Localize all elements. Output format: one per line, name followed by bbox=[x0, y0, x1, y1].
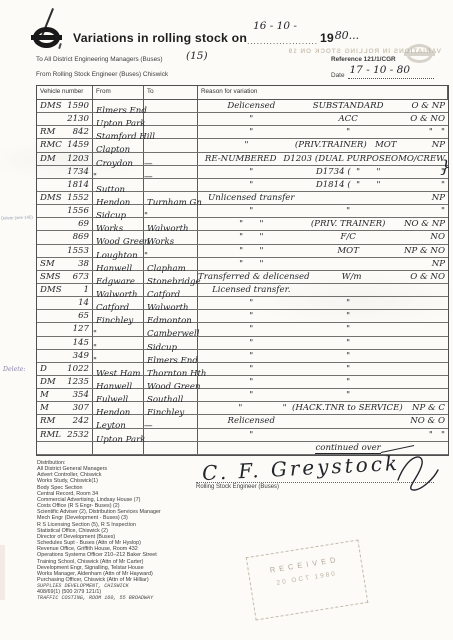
table-row: 65FinchleyEdmonton"" bbox=[37, 310, 448, 323]
vehicle-number: 1553 bbox=[67, 245, 92, 257]
reason-code: O & NP bbox=[392, 100, 448, 112]
to-garage-cell: — bbox=[144, 166, 198, 178]
table-row: RM842Stamford Hill""" " bbox=[37, 126, 448, 139]
vehicle-number: 1556 bbox=[67, 205, 92, 217]
edge-smudge bbox=[0, 545, 5, 600]
reason-main: " bbox=[198, 350, 305, 362]
vehicle-number: 1235 bbox=[67, 376, 92, 388]
reason-cell: """ bbox=[198, 205, 448, 217]
reason-cell: """ " bbox=[198, 126, 448, 138]
vehicle-number-cell: 145 bbox=[37, 337, 93, 349]
vehicle-class-prefix bbox=[37, 337, 40, 349]
to-garage-cell bbox=[144, 179, 198, 191]
vehicle-number: 2532 bbox=[67, 429, 92, 441]
reason-code: NP bbox=[397, 139, 448, 151]
to-garage-cell: Walworth bbox=[144, 297, 198, 309]
reason-main: " bbox=[198, 389, 305, 401]
vehicle-class-prefix bbox=[37, 442, 40, 454]
vehicle-number: 1022 bbox=[67, 363, 92, 375]
reason-detail: " bbox=[305, 205, 392, 217]
vehicle-number-cell: DMS1552 bbox=[37, 192, 93, 204]
vehicle-number-cell: DM1235 bbox=[37, 376, 93, 388]
to-garage-cell: Sidcup bbox=[144, 337, 198, 349]
to-garage-cell: Elmers End bbox=[144, 350, 198, 362]
reason-cell: "" bbox=[198, 323, 448, 335]
vehicle-class-prefix: DM bbox=[37, 376, 56, 388]
vehicle-number-cell: SM38 bbox=[37, 258, 93, 270]
vehicle-number-cell: 349 bbox=[37, 350, 93, 362]
from-garage-cell: Upton Park bbox=[93, 113, 144, 125]
vehicle-class-prefix: DM bbox=[37, 153, 56, 165]
table-row: 1556Sidcup"""" bbox=[37, 205, 448, 218]
reason-cell: RelicensedNO & O bbox=[198, 415, 448, 427]
reason-code: " bbox=[392, 205, 448, 217]
reason-main: " bbox=[198, 323, 305, 335]
vehicle-class-prefix: RM bbox=[37, 415, 55, 427]
reason-code: NP bbox=[392, 258, 448, 270]
vehicle-number-cell: M354 bbox=[37, 389, 93, 401]
table-row: 127"Camberwell"" bbox=[37, 323, 448, 336]
vehicle-number-cell: RMC1459 bbox=[37, 139, 93, 151]
table-row: DMS1WalworthCatfordLicensed transfer. bbox=[37, 284, 448, 297]
from-garage-cell: " bbox=[93, 166, 144, 178]
handwritten-brace: } bbox=[440, 157, 451, 177]
from-garage-cell: Hanwell bbox=[93, 258, 144, 270]
reason-code: NO bbox=[392, 231, 448, 243]
table-row: M354FulwellSouthall"" bbox=[37, 389, 448, 402]
table-rows: DMS1590Elmers EndDelicensedSUBSTANDARDO … bbox=[37, 100, 448, 455]
form-title-row: Variations in rolling stock on .........… bbox=[33, 27, 359, 48]
signature-block: C. F. Greystock Rolling Stock Engineer (… bbox=[196, 452, 446, 490]
to-garage-cell: Catford bbox=[144, 284, 198, 296]
vehicle-class-prefix: DMS bbox=[37, 100, 62, 112]
table-row: DM1235HanwellWood Green"" bbox=[37, 376, 448, 389]
reason-cell: "D1814 ( " "" bbox=[198, 179, 448, 191]
vehicle-class-prefix: SMS bbox=[37, 271, 61, 283]
reason-cell: RE-NUMBEREDD1203 (DUAL PURPOSEOMO/CREW bbox=[198, 153, 448, 165]
reason-code bbox=[392, 376, 448, 388]
vehicle-number: 242 bbox=[73, 415, 92, 427]
reason-code: NP bbox=[392, 192, 448, 204]
from-garage-cell: West Ham bbox=[93, 363, 144, 375]
reason-main: " bbox=[198, 113, 305, 125]
vehicle-number: 1590 bbox=[67, 100, 92, 112]
vehicle-number: 673 bbox=[73, 271, 92, 283]
table-row: DMS1590Elmers EndDelicensedSUBSTANDARDO … bbox=[37, 100, 448, 113]
to-garage-cell: — bbox=[144, 415, 198, 427]
reason-detail: " bbox=[305, 126, 392, 138]
reason-cell: Licensed transfer. bbox=[198, 284, 448, 296]
reason-cell: "" " bbox=[198, 429, 448, 441]
reason-main: Delicensed bbox=[198, 100, 305, 112]
table-row: DM1203Croydon—RE-NUMBEREDD1203 (DUAL PUR… bbox=[37, 153, 448, 166]
to-garage-cell: — bbox=[144, 153, 198, 165]
reason-cell: " "F/CNO bbox=[198, 231, 448, 243]
to-garage-cell: Wood Green bbox=[144, 376, 198, 388]
date-line: Date 17 - 10 - 80 bbox=[331, 66, 434, 79]
vehicle-number-cell: 1734 bbox=[37, 166, 93, 178]
reason-code bbox=[392, 284, 448, 296]
from-garage-cell: " bbox=[93, 350, 144, 362]
from-garage-cell: Works bbox=[93, 218, 144, 230]
vehicle-number-cell: SMS673 bbox=[37, 271, 93, 283]
handwritten-date: 16 - 10 - bbox=[253, 20, 297, 32]
reason-detail bbox=[305, 192, 392, 204]
reason-code bbox=[392, 363, 448, 375]
vehicle-number-cell: 127 bbox=[37, 323, 93, 335]
from-garage-cell: Hendon bbox=[93, 402, 144, 414]
vehicle-class-prefix bbox=[37, 218, 40, 230]
to-garage-cell: Southall bbox=[144, 389, 198, 401]
reason-main: " " bbox=[198, 218, 305, 230]
reason-detail: " bbox=[305, 297, 392, 309]
reason-main: Relicensed bbox=[198, 415, 305, 427]
from-garage-cell: Croydon bbox=[93, 153, 144, 165]
reason-cell: "" (HACK.TNR to SERVICE)NP & C bbox=[198, 402, 448, 414]
table-header-row: Vehicle number From To Reason for variat… bbox=[37, 86, 448, 100]
vehicle-number-cell: DMS1590 bbox=[37, 100, 93, 112]
reason-detail: (PRIV.TRAINER) MOT bbox=[295, 139, 397, 151]
vehicle-number-cell: 1814 bbox=[37, 179, 93, 191]
to-garage-cell bbox=[144, 429, 198, 441]
table-row: 349"Elmers End"" bbox=[37, 350, 448, 363]
reason-main: " bbox=[198, 363, 305, 375]
table-row: 2130Upton Park"ACCO & NO bbox=[37, 113, 448, 126]
from-garage-cell: Finchley bbox=[93, 310, 144, 322]
vehicle-number-cell: D1022 bbox=[37, 363, 93, 375]
vehicle-number-cell: RML2532 bbox=[37, 429, 93, 441]
reason-code bbox=[392, 297, 448, 309]
vehicle-number: 127 bbox=[73, 323, 92, 335]
vehicle-number-cell bbox=[37, 442, 93, 454]
reason-cell: "" bbox=[198, 297, 448, 309]
reason-cell: Transferred & delicensedW/mO & NO bbox=[198, 271, 448, 283]
reason-detail: D1734 ( " " bbox=[305, 166, 392, 178]
col-header-from: From bbox=[93, 86, 144, 99]
vehicle-class-prefix bbox=[37, 166, 40, 178]
reason-detail bbox=[305, 429, 392, 441]
table-row: 145"Sidcup"" bbox=[37, 337, 448, 350]
vehicle-number: 1734 bbox=[67, 166, 92, 178]
london-transport-roundel-icon bbox=[33, 27, 60, 48]
reason-cell: "ACCO & NO bbox=[198, 113, 448, 125]
distribution-list: Distribution:All District General Manage… bbox=[37, 460, 217, 602]
variations-table: Vehicle number From To Reason for variat… bbox=[36, 85, 449, 456]
reason-main: " bbox=[198, 429, 305, 441]
reason-detail: D1814 ( " " bbox=[305, 179, 392, 191]
reason-detail: " bbox=[305, 323, 392, 335]
table-row: 69WorksWalworth" "(PRIV. TRAINER)NO & NP bbox=[37, 218, 448, 231]
margin-note-delete-see-145: Delete (see 145) bbox=[1, 214, 37, 220]
to-garage-cell: Works bbox=[144, 231, 198, 243]
reason-main: " bbox=[198, 126, 305, 138]
handwritten-count-annotation: (15) bbox=[186, 50, 208, 62]
reason-detail bbox=[305, 284, 392, 296]
vehicle-class-prefix bbox=[37, 350, 40, 362]
reason-detail: W/m bbox=[310, 271, 394, 283]
reason-main: " bbox=[198, 297, 305, 309]
reason-main: " bbox=[198, 139, 295, 151]
distribution-line: TRAFFIC COSTING, ROOM 160, 55 BROADWAY bbox=[37, 595, 217, 601]
table-row: SM38HanwellClapham" "NP bbox=[37, 258, 448, 271]
from-garage-cell: Leyton bbox=[93, 415, 144, 427]
vehicle-number: 2130 bbox=[67, 113, 92, 125]
vehicle-class-prefix: D bbox=[37, 363, 47, 375]
vehicle-number-cell: 65 bbox=[37, 310, 93, 322]
reason-code bbox=[392, 389, 448, 401]
table-row: DMS1552HendonTurnham GnUnlicensed transf… bbox=[37, 192, 448, 205]
reason-code bbox=[392, 350, 448, 362]
reason-cell: "" bbox=[198, 389, 448, 401]
reason-cell: " "MOTNP & NO bbox=[198, 245, 448, 257]
vehicle-number: 69 bbox=[78, 218, 92, 230]
vehicle-number: 1 bbox=[84, 284, 92, 296]
table-row: RML2532Upton Park"" " bbox=[37, 429, 448, 442]
from-garage-cell: " bbox=[93, 337, 144, 349]
vehicle-class-prefix: M bbox=[37, 389, 49, 401]
vehicle-number-cell: 1553 bbox=[37, 245, 93, 257]
table-row: 1814Sutton"D1814 ( " "" bbox=[37, 179, 448, 192]
vehicle-number-cell: DMS1 bbox=[37, 284, 93, 296]
reason-main: " bbox=[198, 337, 305, 349]
printed-year-prefix: 19 bbox=[320, 31, 334, 45]
signature-flourish-icon bbox=[394, 452, 440, 492]
reason-code: " " bbox=[392, 126, 448, 138]
from-garage-cell: Catford bbox=[93, 297, 144, 309]
to-garage-cell: Stonebridge bbox=[144, 271, 198, 283]
reason-main: " bbox=[198, 205, 305, 217]
form-title: Variations in rolling stock on bbox=[73, 31, 247, 45]
reason-cell: "D1734 ( " "" bbox=[198, 166, 448, 178]
reason-detail: MOT bbox=[305, 245, 392, 257]
title-dotted-leader: ...................... bbox=[247, 37, 318, 46]
vehicle-class-prefix bbox=[37, 323, 40, 335]
vehicle-number: 14 bbox=[78, 297, 92, 309]
reason-main: " bbox=[198, 376, 305, 388]
vehicle-number: 1552 bbox=[67, 192, 92, 204]
ghost-roundel-icon bbox=[406, 44, 433, 63]
from-garage-cell: Edgware bbox=[93, 271, 144, 283]
reason-main: " bbox=[198, 179, 305, 191]
to-garage-cell bbox=[144, 126, 198, 138]
to-garage-cell bbox=[144, 113, 198, 125]
reason-main: Unlicensed transfer bbox=[198, 192, 305, 204]
to-garage-cell: " bbox=[144, 245, 198, 257]
vehicle-number-cell: 2130 bbox=[37, 113, 93, 125]
reason-code bbox=[392, 337, 448, 349]
vehicle-class-prefix: DMS bbox=[37, 284, 62, 296]
vehicle-number bbox=[89, 442, 92, 454]
reason-cell: "" bbox=[198, 363, 448, 375]
vehicle-class-prefix: RML bbox=[37, 429, 61, 441]
table-row: 869Wood GreenWorks" "F/CNO bbox=[37, 231, 448, 244]
scanned-form-page: VARIATIONS IN ROLLING STOCK ON 19 Variat… bbox=[0, 0, 453, 640]
vehicle-class-prefix: DMS bbox=[37, 192, 62, 204]
vehicle-number: 1459 bbox=[67, 139, 92, 151]
reason-main: " " bbox=[198, 231, 305, 243]
reason-main: " bbox=[198, 310, 305, 322]
sender-line: From Rolling Stock Engineer (Buses) Chis… bbox=[36, 71, 168, 78]
reason-code: " " bbox=[392, 429, 448, 441]
addressee-line: To All District Engineering Managers (Bu… bbox=[36, 56, 162, 63]
vehicle-number-cell: 1556 bbox=[37, 205, 93, 217]
reason-cell: Unlicensed transferNP bbox=[198, 192, 448, 204]
reason-main: " " bbox=[198, 258, 305, 270]
table-row: D1022West HamThornton Hth"" bbox=[37, 363, 448, 376]
table-row: 1553Loughton"" "MOTNP & NO bbox=[37, 245, 448, 258]
reason-detail: " bbox=[305, 363, 392, 375]
received-stamp: RECEIVED 20 OCT 1980 bbox=[246, 539, 369, 620]
reason-code: NO & O bbox=[392, 415, 448, 427]
vehicle-number-cell: RM242 bbox=[37, 415, 93, 427]
vehicle-class-prefix bbox=[37, 179, 40, 191]
from-garage-cell: Stamford Hill bbox=[93, 126, 144, 138]
to-garage-cell bbox=[144, 442, 198, 454]
reason-cell: " "(PRIV. TRAINER)NO & NP bbox=[198, 218, 448, 230]
reason-main: Transferred & delicensed bbox=[198, 271, 310, 283]
vehicle-number: 65 bbox=[78, 310, 92, 322]
reason-detail: (PRIV. TRAINER) bbox=[305, 218, 392, 230]
vehicle-class-prefix bbox=[37, 205, 40, 217]
signature-name: C. F. Greystock bbox=[202, 451, 401, 485]
reason-code bbox=[392, 310, 448, 322]
vehicle-number: 145 bbox=[73, 337, 92, 349]
title-date-field: ...................... 16 - 10 - bbox=[247, 29, 318, 47]
reason-cell: " "NP bbox=[198, 258, 448, 270]
vehicle-class-prefix: M bbox=[37, 402, 49, 414]
reason-detail: F/C bbox=[305, 231, 392, 243]
col-header-vehicle-number: Vehicle number bbox=[37, 86, 93, 99]
to-garage-cell bbox=[144, 100, 198, 112]
to-garage-cell: Edmonton bbox=[144, 310, 198, 322]
reason-detail: D1203 (DUAL PURPOSE bbox=[283, 153, 391, 165]
from-garage-cell: Hanwell bbox=[93, 376, 144, 388]
to-garage-cell: Clapham bbox=[144, 258, 198, 270]
from-garage-cell: Loughton bbox=[93, 245, 144, 257]
from-garage-cell: Wood Green bbox=[93, 231, 144, 243]
from-garage-cell: Upton Park bbox=[93, 429, 144, 441]
reason-detail: " bbox=[305, 350, 392, 362]
from-garage-cell: Fulwell bbox=[93, 389, 144, 401]
to-garage-cell: Walworth bbox=[144, 218, 198, 230]
handwritten-reply-date: 17 - 10 - 80 bbox=[350, 64, 411, 76]
vehicle-number: 1203 bbox=[67, 153, 92, 165]
reason-detail: ACC bbox=[305, 113, 392, 125]
to-garage-cell: Turnham Gn bbox=[144, 192, 198, 204]
table-row: SMS673EdgwareStonebridgeTransferred & de… bbox=[37, 271, 448, 284]
reason-detail: " bbox=[305, 337, 392, 349]
reason-code: O & NO bbox=[394, 271, 448, 283]
table-row: RM242Leyton—RelicensedNO & O bbox=[37, 415, 448, 428]
vehicle-number: 349 bbox=[73, 350, 92, 362]
reason-detail bbox=[305, 258, 392, 270]
reason-main: " bbox=[198, 402, 283, 414]
reason-code: NP & NO bbox=[392, 245, 448, 257]
date-label: Date bbox=[331, 72, 345, 79]
reason-cell: "" bbox=[198, 337, 448, 349]
reason-cell: "" bbox=[198, 376, 448, 388]
to-garage-cell: Camberwell bbox=[144, 323, 198, 335]
reference-number: Reference 121/1/CGR bbox=[331, 56, 396, 63]
to-garage-cell bbox=[144, 139, 198, 151]
vehicle-class-prefix bbox=[37, 297, 40, 309]
from-garage-cell: Clapton bbox=[93, 139, 144, 151]
table-row: 1734"—"D1734 ( " "" bbox=[37, 166, 448, 179]
to-garage-cell: " bbox=[144, 205, 198, 217]
vehicle-class-prefix bbox=[37, 231, 40, 243]
reason-code: NP & C bbox=[403, 402, 448, 414]
reason-code: NO & NP bbox=[392, 218, 448, 230]
to-garage-cell: Finchley bbox=[144, 402, 198, 414]
reason-detail bbox=[305, 415, 392, 427]
reason-main: " bbox=[198, 166, 305, 178]
reason-code bbox=[392, 323, 448, 335]
reason-detail: " bbox=[305, 389, 392, 401]
from-garage-cell: Sutton bbox=[93, 179, 144, 191]
vehicle-class-prefix bbox=[37, 245, 40, 257]
vehicle-number: 307 bbox=[73, 402, 92, 414]
vehicle-class-prefix bbox=[37, 113, 40, 125]
from-garage-cell bbox=[93, 442, 144, 454]
vehicle-number-cell: M307 bbox=[37, 402, 93, 414]
from-garage-cell: Sidcup bbox=[93, 205, 144, 217]
vehicle-number-cell: 869 bbox=[37, 231, 93, 243]
reason-detail: SUBSTANDARD bbox=[305, 100, 392, 112]
reason-detail: " (HACK.TNR to SERVICE) bbox=[283, 402, 403, 414]
vehicle-number-cell: DM1203 bbox=[37, 153, 93, 165]
vehicle-number-cell: 69 bbox=[37, 218, 93, 230]
margin-note-delete: Delete: bbox=[3, 366, 26, 373]
table-row: RMC1459Clapton"(PRIV.TRAINER) MOTNP bbox=[37, 139, 448, 152]
vehicle-class-prefix bbox=[37, 310, 40, 322]
reason-main: " " bbox=[198, 245, 305, 257]
reason-cell: "(PRIV.TRAINER) MOTNP bbox=[198, 139, 448, 151]
vehicle-number: 1814 bbox=[67, 179, 92, 191]
vehicle-number: 842 bbox=[73, 126, 92, 138]
reason-detail: " bbox=[305, 310, 392, 322]
reason-detail: " bbox=[305, 376, 392, 388]
reason-code: O & NO bbox=[392, 113, 448, 125]
table-row: M307HendonFinchley"" (HACK.TNR to SERVIC… bbox=[37, 402, 448, 415]
reason-cell: "" bbox=[198, 310, 448, 322]
reason-cell: DelicensedSUBSTANDARDO & NP bbox=[198, 100, 448, 112]
from-garage-cell: Elmers End bbox=[93, 100, 144, 112]
date-dotted-field: 17 - 10 - 80 bbox=[348, 66, 434, 79]
handwritten-year: 80... bbox=[335, 29, 360, 42]
from-garage-cell: Hendon bbox=[93, 192, 144, 204]
col-header-reason: Reason for variation bbox=[198, 86, 448, 99]
vehicle-number-cell: 14 bbox=[37, 297, 93, 309]
to-garage-cell: Thornton Hth bbox=[144, 363, 198, 375]
from-garage-cell: " bbox=[93, 323, 144, 335]
reason-code: " bbox=[392, 179, 448, 191]
table-row: 14CatfordWalworth"" bbox=[37, 297, 448, 310]
vehicle-class-prefix: RMC bbox=[37, 139, 62, 151]
vehicle-number-cell: RM842 bbox=[37, 126, 93, 138]
reason-main: RE-NUMBERED bbox=[198, 153, 283, 165]
vehicle-number: 869 bbox=[73, 231, 92, 243]
vehicle-number: 38 bbox=[78, 258, 92, 270]
col-header-to: To bbox=[144, 86, 198, 99]
vehicle-class-prefix: SM bbox=[37, 258, 55, 270]
vehicle-number: 354 bbox=[73, 389, 92, 401]
vehicle-class-prefix: RM bbox=[37, 126, 55, 138]
from-garage-cell: Walworth bbox=[93, 284, 144, 296]
reason-cell: "" bbox=[198, 350, 448, 362]
reason-main: Licensed transfer. bbox=[198, 284, 305, 296]
